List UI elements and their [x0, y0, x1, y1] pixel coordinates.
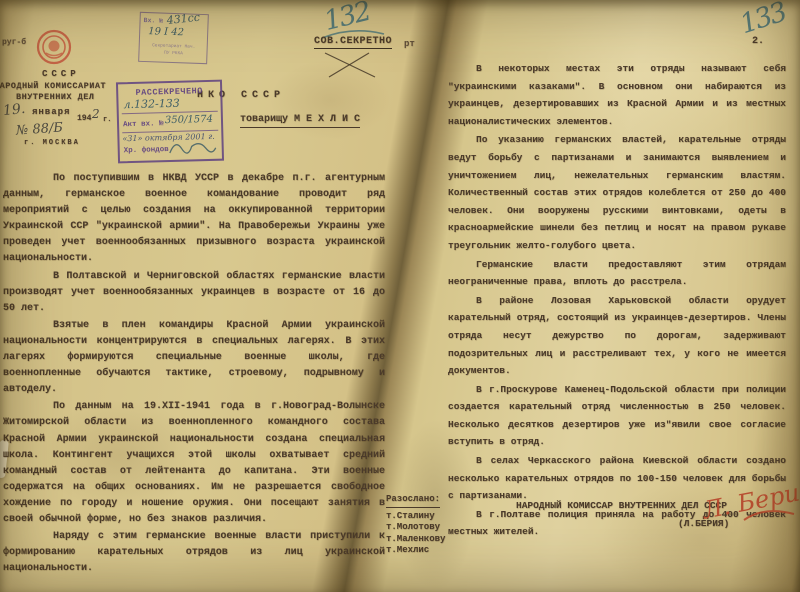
folio-number-right: 133: [736, 0, 789, 40]
incoming-stamp: Вх. № 431сс 19 I 42 Секретариат Нач. ПУ …: [138, 12, 209, 64]
distribution-item: т.Сталину: [386, 511, 445, 523]
document-scan: руг-б СССР НАРОДНЫЙ КОМИССАРИАТ ВНУТРЕНН…: [0, 0, 800, 592]
commissar-title: НАРОДНЫЙ КОМИССАР ВНУТРЕННИХ ДЕЛ СССР: [516, 500, 727, 511]
left-page-body: По поступившим в НКВД УССР в декабре п.г…: [3, 171, 385, 578]
declass-act-value: 350/1574: [165, 114, 213, 126]
paragraph: По поступившим в НКВД УССР в декабре п.г…: [3, 171, 385, 268]
margin-mark-left: руг-б: [2, 38, 26, 47]
distribution-item: т.Маленкову: [386, 534, 445, 546]
declassification-stamp: РАССЕКРЕЧЕНО л.132-133 Акт вх. № 350/157…: [116, 80, 224, 164]
paragraph: Наряду с этим германские военные власти …: [3, 529, 385, 577]
distribution-items: т.Сталинут.Молотовут.Маленковут.Мехлис: [386, 511, 445, 557]
nkvd-seal-icon: [36, 29, 72, 65]
declass-signature-squiggle: [167, 136, 220, 159]
letterhead-date-year-hand: 2: [92, 107, 100, 121]
incoming-stamp-date: 19 I 42: [148, 26, 184, 38]
declass-fund-label: Хр. фондов: [124, 146, 169, 155]
page-number-typed: 2.: [752, 36, 764, 47]
right-page-body: В некоторых местах эти отряды называют с…: [448, 60, 786, 542]
paragraph: По данным на 19.XII-1941 года в г.Новогр…: [3, 399, 385, 528]
paragraph: В г.Проскурове Каменец-Подольской област…: [448, 381, 786, 451]
addressee-surname: М Е Х Л И С: [294, 114, 360, 125]
distribution-list: Разослано: т.Сталинут.Молотовут.Маленков…: [386, 494, 445, 557]
paragraph: По указанию германских властей, каратель…: [448, 131, 786, 254]
distribution-item: т.Молотову: [386, 522, 445, 534]
letterhead-org-line2: ВНУТРЕННИХ ДЕЛ: [16, 92, 94, 102]
letterhead-doc-number: № 88/Б: [16, 120, 64, 138]
classification-cross-mark: [319, 51, 381, 79]
distribution-label: Разослано:: [386, 494, 440, 508]
addressee-name: товарищу М Е Х Л И С: [240, 114, 360, 128]
distribution-item: т.Мехлис: [386, 545, 445, 557]
letterhead-date-day: 19.: [2, 101, 26, 119]
classification-stamp: СОВ.СЕКРЕТНО: [314, 36, 392, 49]
declass-act-label: Акт вх. №: [123, 120, 164, 129]
letterhead-date-year: 194: [77, 114, 91, 123]
incoming-stamp-number: 431сс: [166, 11, 201, 27]
letterhead-date-month: января: [32, 107, 70, 117]
letterhead-country: СССР: [42, 69, 80, 79]
letterhead-org-line1: НАРОДНЫЙ КОМИССАРИАТ: [0, 81, 106, 91]
paragraph: Германские власти предоставляют этим отр…: [448, 256, 786, 291]
margin-mark-right: рт: [404, 39, 415, 49]
incoming-stamp-org2: ПУ РККА: [141, 50, 205, 57]
paragraph: В районе Лозовая Харьковской области ору…: [448, 292, 786, 380]
paragraph: В некоторых местах эти отряды называют с…: [448, 60, 786, 130]
addressee-prefix: товарищу: [240, 114, 288, 125]
letterhead-city: г. МОСКВА: [24, 139, 80, 147]
paragraph: Взятые в плен командиры Красной Армии ук…: [3, 318, 385, 398]
declass-sheets: л.132-133: [123, 97, 180, 111]
autograph-flourish: [742, 508, 797, 526]
paragraph: В Полтавской и Черниговской областях гер…: [3, 269, 385, 317]
incoming-stamp-org1: Секретариат Нач.: [142, 43, 206, 50]
incoming-stamp-label: Вх. №: [143, 17, 163, 25]
letterhead-date-suffix: г.: [103, 116, 111, 124]
